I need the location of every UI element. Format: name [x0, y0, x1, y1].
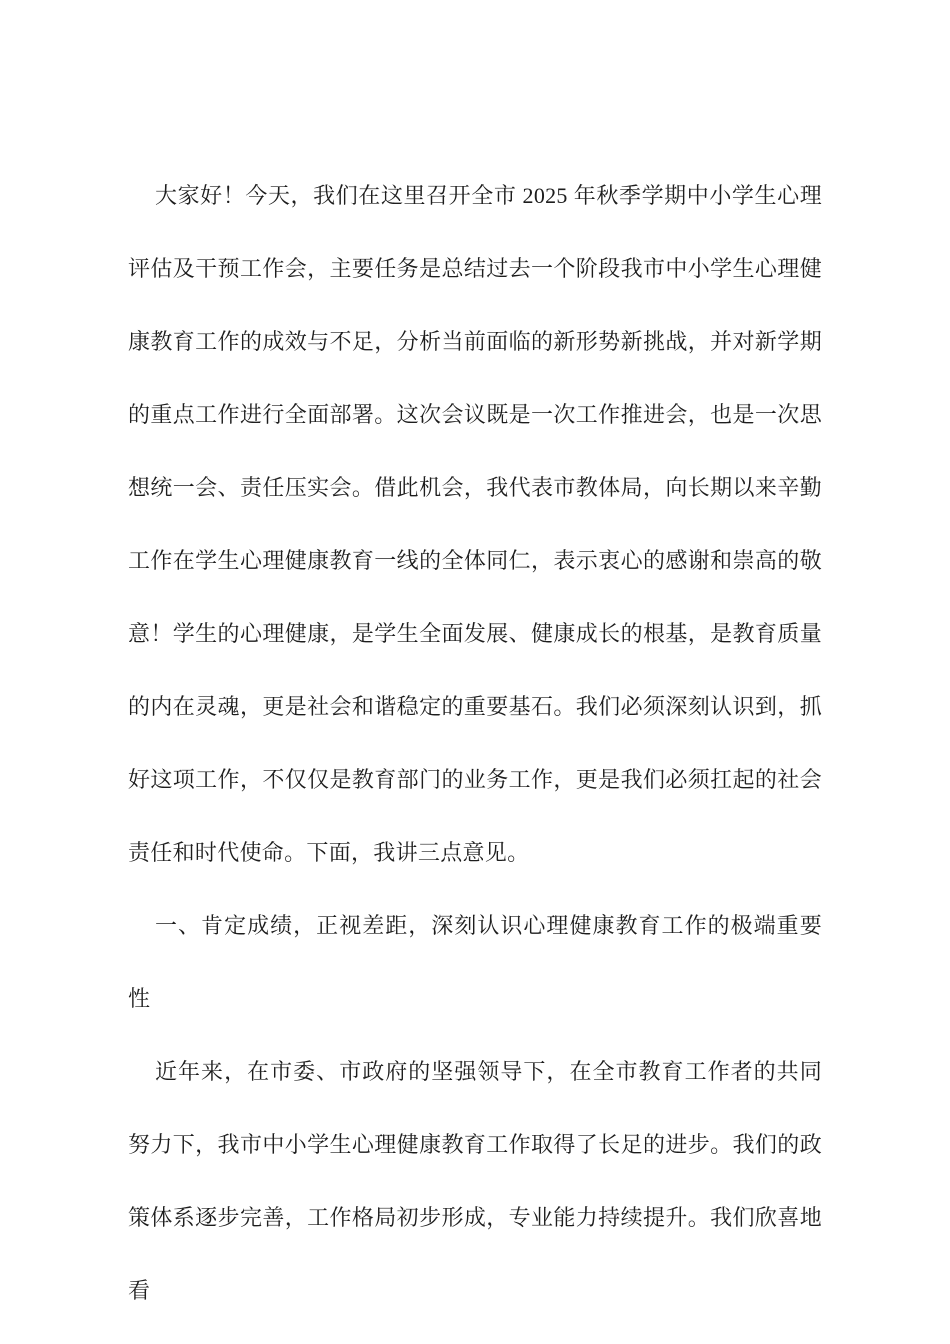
document-body: 大家好！今天，我们在这里召开全市 2025 年秋季学期中小学生心理评估及干预工作…: [128, 159, 822, 1327]
section-heading-1: 一、肯定成绩，正视差距，深刻认识心理健康教育工作的极端重要性: [128, 889, 822, 1035]
paragraph-section-1-body: 近年来，在市委、市政府的坚强领导下，在全市教育工作者的共同努力下，我市中小学生心…: [128, 1035, 822, 1327]
document-page: 大家好！今天，我们在这里召开全市 2025 年秋季学期中小学生心理评估及干预工作…: [0, 0, 950, 1344]
paragraph-opening: 大家好！今天，我们在这里召开全市 2025 年秋季学期中小学生心理评估及干预工作…: [128, 159, 822, 889]
